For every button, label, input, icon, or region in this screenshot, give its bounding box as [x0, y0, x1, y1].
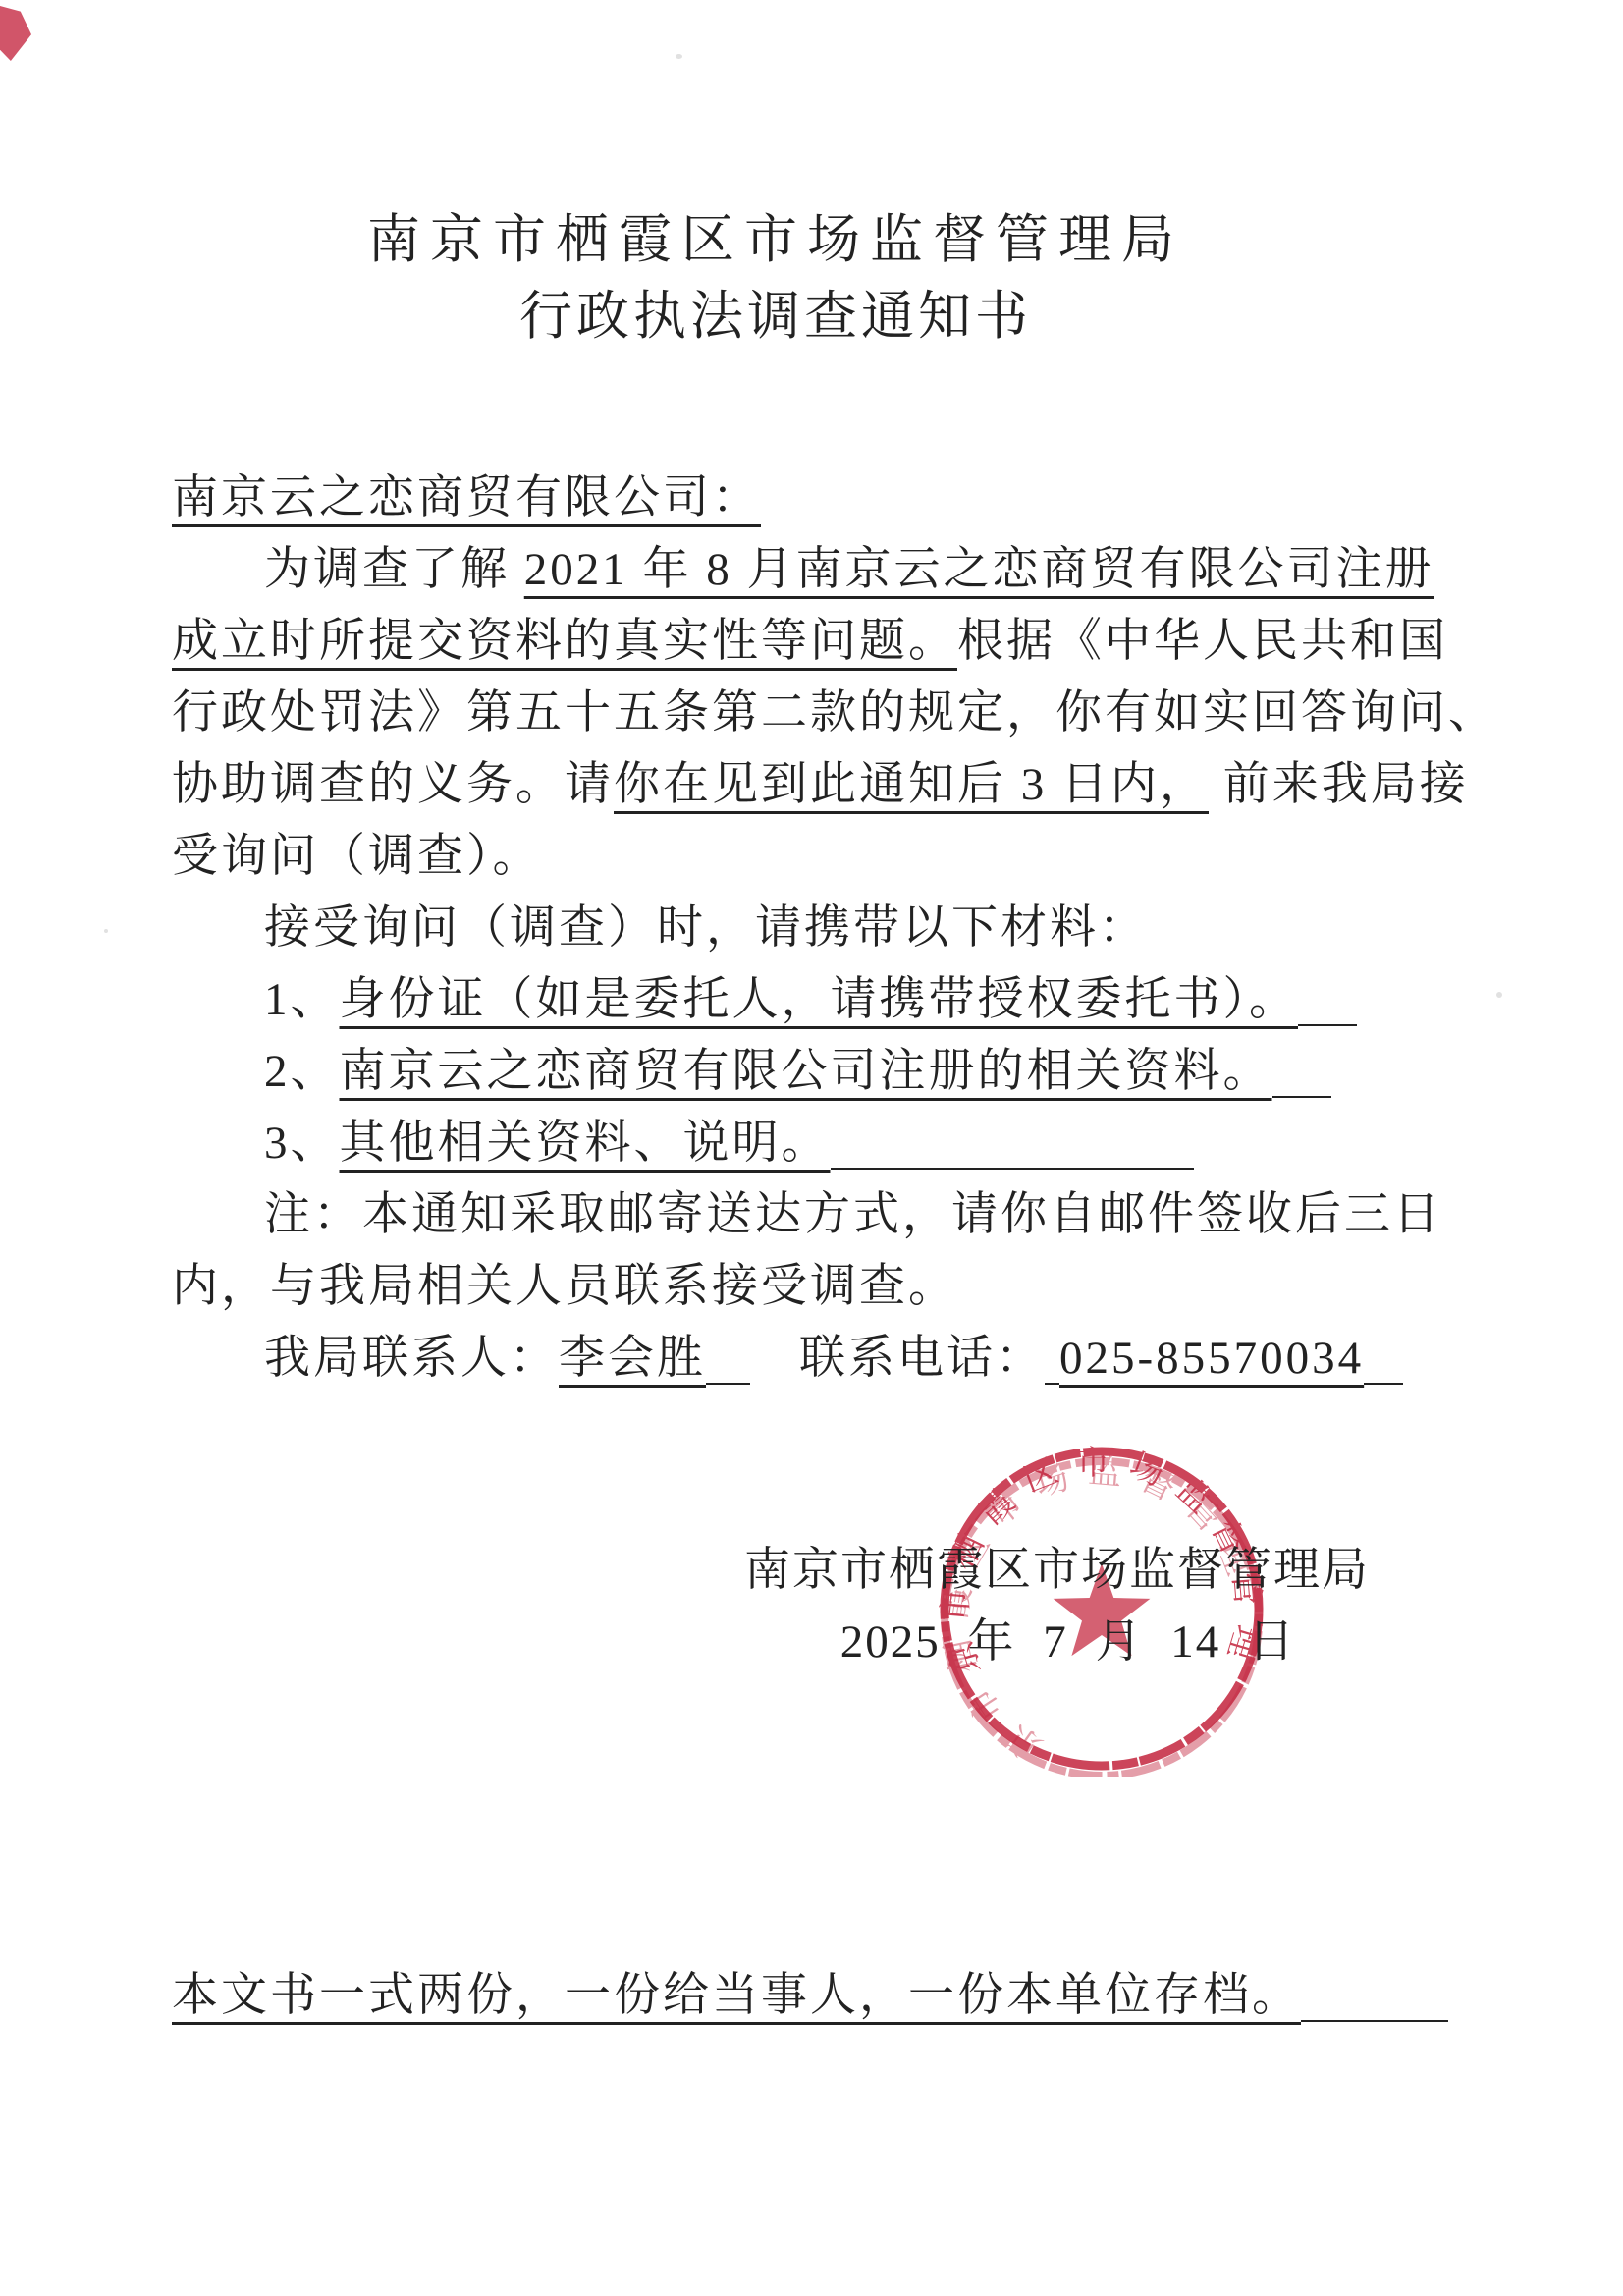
underlined-text: 本文书一式两份，一份给当事人，一份本单位存档。	[172, 1970, 1301, 2021]
document-footer: 本文书一式两份，一份给当事人，一份本单位存档。	[172, 1960, 1584, 2032]
plain-text: 联系电话：	[750, 1333, 1045, 1384]
underlined-text: 你在见到此通知后 3 日内，	[614, 759, 1209, 810]
underline-extension	[1364, 1381, 1403, 1385]
title-line-1: 南京市栖霞区市场监督管理局	[0, 201, 1551, 278]
underlined-text: 李会胜	[559, 1333, 706, 1384]
document-line: 1、身份证（如是委托人，请携带授权委托书）。	[172, 964, 1584, 1036]
title-line-2: 行政执法调查通知书	[0, 278, 1551, 355]
plain-text: 2、	[264, 1046, 340, 1097]
underlined-text: 成立时所提交资料的真实性等问题。	[172, 616, 957, 667]
document-line: 成立时所提交资料的真实性等问题。根据《中华人民共和国	[172, 606, 1584, 678]
plain-text: 我局联系人：	[264, 1333, 559, 1384]
signature-date: 2025 年 7 月 14 日	[0, 1607, 1296, 1678]
scan-speck	[104, 929, 108, 933]
plain-text: 1、	[264, 974, 340, 1025]
signature-agency: 南京市栖霞区市场监督管理局	[0, 1535, 1370, 1607]
underlined-text: 南京云之恋商贸有限公司注册的相关资料。	[340, 1046, 1272, 1097]
plain-text: 3、	[264, 1118, 340, 1169]
underline-extension	[831, 1166, 1194, 1170]
underline-extension	[1272, 1094, 1331, 1098]
underline-extension	[706, 1381, 750, 1385]
document-line: 注：本通知采取邮寄送达方式，请你自邮件签收后三日	[172, 1179, 1584, 1251]
document-line: 3、其他相关资料、说明。	[172, 1108, 1584, 1179]
plain-text: 接受询问（调查）时，请携带以下材料：	[264, 902, 1148, 954]
document-line: 受询问（调查）。	[172, 821, 1584, 893]
document-line: 南京云之恋商贸有限公司：	[172, 463, 1584, 534]
document-title: 南京市栖霞区市场监督管理局 行政执法调查通知书	[0, 201, 1551, 355]
document-line: 内，与我局相关人员联系接受调查。	[172, 1251, 1584, 1323]
underline-extension	[1045, 1381, 1059, 1385]
plain-text: 受询问（调查）。	[172, 831, 542, 882]
underlined-text: 025-85570034	[1059, 1333, 1364, 1384]
plain-text: 注：本通知采取邮寄送达方式，请你自邮件签收后三日	[264, 1189, 1442, 1240]
document-line: 接受询问（调查）时，请携带以下材料：	[172, 893, 1584, 964]
plain-text: 内，与我局相关人员联系接受调查。	[172, 1261, 957, 1312]
underline-extension	[1298, 1022, 1357, 1026]
document-line: 我局联系人：李会胜 联系电话：025-85570034	[172, 1323, 1584, 1394]
document-line: 2、南京云之恋商贸有限公司注册的相关资料。	[172, 1036, 1584, 1108]
corner-ink-mark	[0, 6, 31, 61]
plain-text: 行政处罚法》第五十五条第二款的规定，你有如实回答询问、	[172, 687, 1497, 738]
document-line: 行政处罚法》第五十五条第二款的规定，你有如实回答询问、	[172, 678, 1584, 749]
plain-text: 协助调查的义务。请	[172, 759, 614, 810]
underlined-text: 身份证（如是委托人，请携带授权委托书）。	[340, 974, 1299, 1025]
document-line: 本文书一式两份，一份给当事人，一份本单位存档。	[172, 1960, 1584, 2032]
underlined-text: 2021 年 8 月南京云之恋商贸有限公司注册	[524, 544, 1434, 595]
scanned-document-page: 南京市栖霞区市场监督管理局 行政执法调查通知书 南京云之恋商贸有限公司：为调查了…	[0, 0, 1623, 2296]
plain-text: 前来我局接	[1209, 759, 1469, 810]
document-body: 南京云之恋商贸有限公司：为调查了解 2021 年 8 月南京云之恋商贸有限公司注…	[172, 463, 1584, 1394]
plain-text: 根据《中华人民共和国	[957, 616, 1448, 667]
underlined-text: 其他相关资料、说明。	[340, 1118, 831, 1169]
signature-block: 南京市栖霞区市场监督管理局 2025 年 7 月 14 日	[0, 1535, 1370, 1678]
scan-speck	[676, 54, 682, 59]
document-line: 协助调查的义务。请你在见到此通知后 3 日内， 前来我局接	[172, 749, 1584, 821]
underline-extension	[1301, 2018, 1448, 2022]
plain-text: 为调查了解	[264, 544, 524, 595]
underlined-text: 南京云之恋商贸有限公司：	[172, 472, 761, 523]
document-line: 为调查了解 2021 年 8 月南京云之恋商贸有限公司注册	[172, 534, 1584, 606]
